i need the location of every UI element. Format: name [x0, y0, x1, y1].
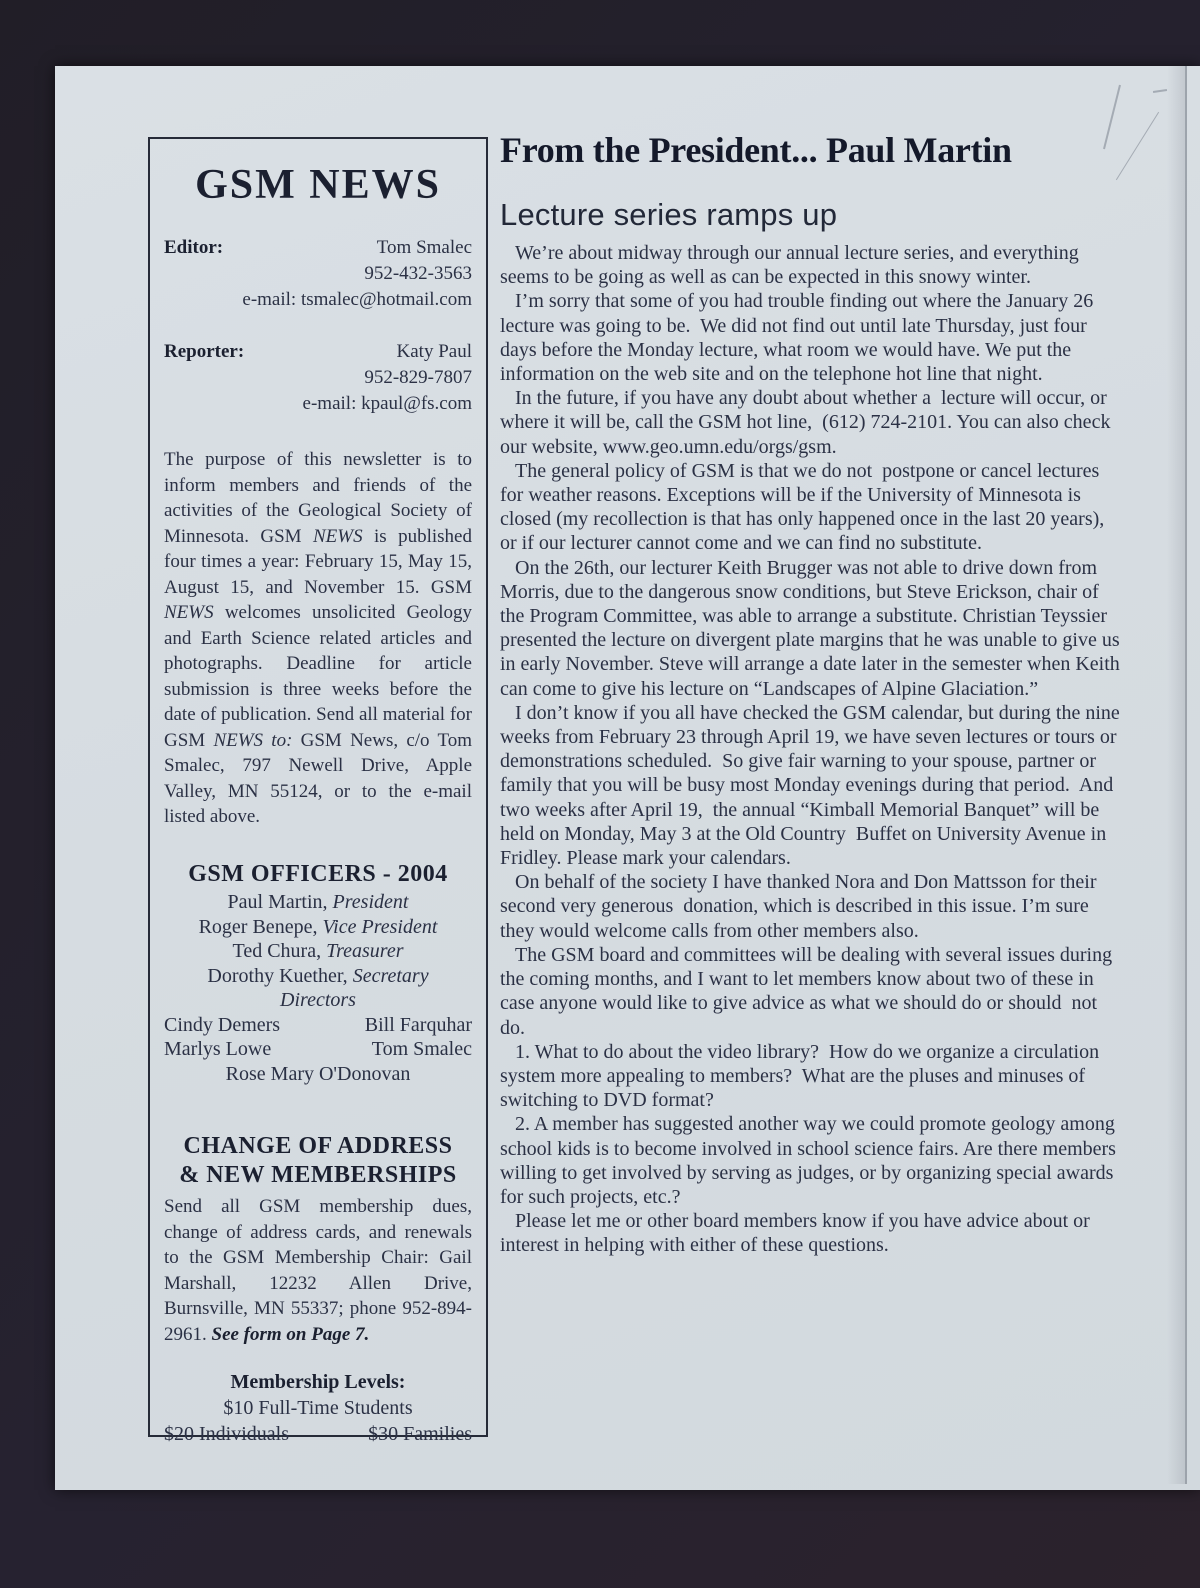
purpose-text-italic: NEWS	[313, 526, 363, 547]
reporter-contact-block: Reporter: Katy Paul 952-829-7807 e-mail:…	[164, 339, 472, 417]
newsletter-page: GSM NEWS Editor: Tom Smalec 952-432-3563…	[55, 66, 1200, 1490]
membership-levels-section: Membership Levels: $10 Full-Time Student…	[164, 1369, 472, 1447]
article-subtitle: Lecture series ramps up	[500, 197, 1120, 233]
article-paragraph: The GSM board and committees will be dea…	[500, 943, 1120, 1040]
article-paragraph: The general policy of GSM is that we do …	[500, 459, 1120, 556]
membership-level-families: $30 Families	[368, 1421, 472, 1447]
purpose-text: welcomes unsolicited Geology and Earth S…	[164, 602, 472, 751]
see-form-note: See form on Page 7.	[212, 1324, 370, 1345]
page-fold-shading	[1167, 66, 1185, 1484]
directors-row: Marlys Lowe Tom Smalec	[164, 1037, 472, 1062]
article-paragraph: On behalf of the society I have thanked …	[500, 870, 1120, 943]
reporter-label: Reporter:	[164, 339, 244, 365]
newsletter-purpose-paragraph: The purpose of this newsletter is to inf…	[164, 447, 472, 830]
officer-name: Roger Benepe,	[199, 916, 323, 938]
membership-levels-heading: Membership Levels:	[164, 1369, 472, 1395]
article-paragraph: I don’t know if you all have checked the…	[500, 701, 1120, 870]
article-title: From the President... Paul Martin	[500, 129, 1120, 171]
director-name: Bill Farquhar	[365, 1013, 472, 1038]
masthead-box: GSM NEWS Editor: Tom Smalec 952-432-3563…	[148, 137, 488, 1437]
officer-line: Paul Martin, President	[164, 890, 472, 915]
officer-line: Dorothy Kuether, Secretary	[164, 964, 472, 989]
officer-title: Secretary	[353, 965, 429, 987]
purpose-text-italic: NEWS to:	[213, 730, 292, 751]
reporter-phone: 952-829-7807	[164, 365, 472, 391]
director-name: Marlys Lowe	[164, 1037, 271, 1062]
directors-row: Cindy Demers Bill Farquhar	[164, 1013, 472, 1038]
article-paragraph: 2. A member has suggested another way we…	[500, 1112, 1120, 1209]
officer-name: Paul Martin,	[228, 891, 333, 913]
change-of-address-heading: CHANGE OF ADDRESS& NEW MEMBERSHIPS	[164, 1132, 472, 1190]
editor-name: Tom Smalec	[377, 235, 472, 261]
director-name-center: Rose Mary O'Donovan	[164, 1062, 472, 1087]
heading-line: & NEW MEMBERSHIPS	[179, 1162, 456, 1188]
newsletter-title: GSM NEWS	[164, 161, 472, 209]
editor-contact-block: Editor: Tom Smalec 952-432-3563 e-mail: …	[164, 235, 472, 313]
membership-level-students: $10 Full-Time Students	[164, 1395, 472, 1421]
membership-level-row: $20 Individuals $30 Families	[164, 1421, 472, 1447]
officers-heading: GSM OFFICERS - 2004	[164, 862, 472, 887]
officers-section: GSM OFFICERS - 2004 Paul Martin, Preside…	[164, 862, 472, 1087]
officer-name: Ted Chura,	[233, 940, 327, 962]
article-paragraph: We’re about midway through our annual le…	[500, 241, 1120, 289]
reporter-email: e-mail: kpaul@fs.com	[164, 391, 472, 417]
address-text: Send all GSM membership dues, change of …	[164, 1196, 472, 1345]
officer-title: President	[333, 891, 409, 913]
scan-scratch-mark	[1116, 112, 1159, 180]
purpose-text-italic: NEWS	[164, 602, 214, 623]
change-of-address-section: CHANGE OF ADDRESS& NEW MEMBERSHIPS Send …	[164, 1132, 472, 1347]
article-paragraph: Please let me or other board members kno…	[500, 1209, 1120, 1257]
editor-phone: 952-432-3563	[164, 261, 472, 287]
article-paragraph: I’m sorry that some of you had trouble f…	[500, 289, 1120, 386]
officer-title: Vice President	[322, 916, 437, 938]
scan-scratch-mark	[1153, 89, 1167, 93]
officer-name: Dorothy Kuether,	[207, 965, 352, 987]
editor-email: e-mail: tsmalec@hotmail.com	[164, 287, 472, 313]
membership-level-individuals: $20 Individuals	[164, 1421, 289, 1447]
page-fold-line	[1185, 66, 1187, 1484]
directors-label: Directors	[164, 988, 472, 1013]
director-name: Cindy Demers	[164, 1013, 280, 1038]
reporter-name: Katy Paul	[397, 339, 472, 365]
officer-title: Treasurer	[326, 940, 403, 962]
officer-line: Roger Benepe, Vice President	[164, 915, 472, 940]
change-of-address-paragraph: Send all GSM membership dues, change of …	[164, 1194, 472, 1347]
heading-line: CHANGE OF ADDRESS	[184, 1133, 453, 1159]
article-paragraph: On the 26th, our lecturer Keith Brugger …	[500, 556, 1120, 701]
editor-label: Editor:	[164, 235, 223, 261]
officer-line: Ted Chura, Treasurer	[164, 939, 472, 964]
president-article: From the President... Paul Martin Lectur…	[500, 129, 1120, 1258]
director-name: Tom Smalec	[372, 1037, 472, 1062]
article-paragraph: 1. What to do about the video library? H…	[500, 1040, 1120, 1113]
article-paragraph: In the future, if you have any doubt abo…	[500, 386, 1120, 459]
